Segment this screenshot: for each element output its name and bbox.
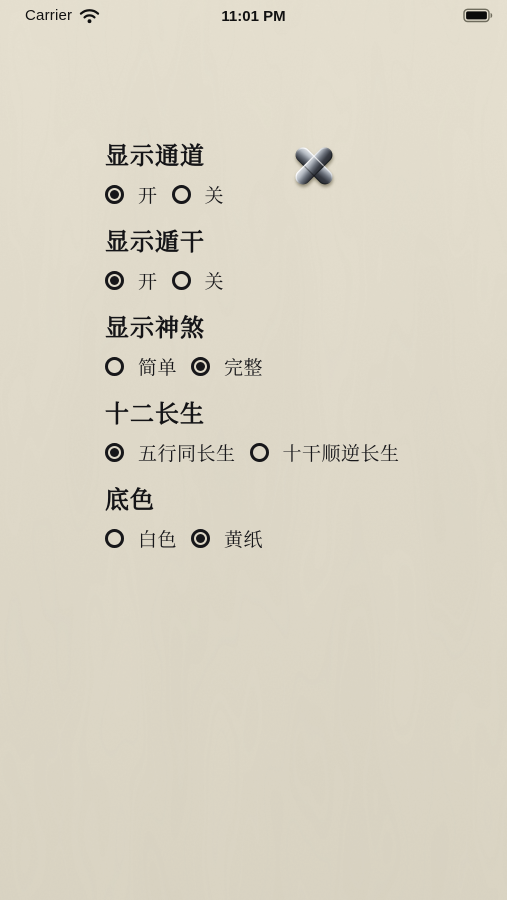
radio-label: 简单 — [138, 353, 177, 380]
radio-option-channel-off[interactable]: 关 — [172, 181, 225, 208]
section-display-hidden-stems: 显示遁干 开 关 — [105, 229, 475, 290]
radio-group-twelve-changsheng: 五行同长生 十干顺逆长生 — [105, 442, 475, 462]
radio-label: 十干顺逆长生 — [283, 439, 400, 466]
radio-label: 开 — [138, 181, 158, 208]
radio-option-channel-on[interactable]: 开 — [105, 181, 158, 208]
radio-circle-icon — [172, 271, 191, 290]
radio-circle-icon — [191, 529, 210, 548]
radio-group-shensha: 简单 完整 — [105, 356, 475, 376]
radio-label: 开 — [138, 267, 158, 294]
radio-option-ten-stems-forward-reverse[interactable]: 十干顺逆长生 — [250, 439, 400, 466]
status-bar: Carrier 11:01 PM — [0, 0, 507, 32]
radio-circle-icon — [105, 185, 124, 204]
radio-option-bg-yellow-paper[interactable]: 黄纸 — [191, 525, 263, 552]
battery-icon — [463, 8, 494, 23]
section-title: 底色 — [105, 487, 475, 515]
section-display-shensha: 显示神煞 简单 完整 — [105, 315, 475, 376]
section-title: 显示遁干 — [105, 229, 475, 257]
radio-label: 黄纸 — [224, 525, 263, 552]
radio-option-shensha-complete[interactable]: 完整 — [191, 353, 263, 380]
radio-label: 关 — [205, 181, 225, 208]
radio-label: 五行同长生 — [138, 439, 236, 466]
radio-circle-icon — [105, 357, 124, 376]
radio-option-hidden-stems-off[interactable]: 关 — [172, 267, 225, 294]
radio-group-display-channel: 开 关 — [105, 184, 475, 204]
radio-group-hidden-stems: 开 关 — [105, 270, 475, 290]
radio-label: 关 — [205, 267, 225, 294]
radio-label: 白色 — [138, 525, 177, 552]
radio-circle-icon — [172, 185, 191, 204]
radio-option-shensha-simple[interactable]: 简单 — [105, 353, 177, 380]
section-title: 十二长生 — [105, 401, 475, 429]
section-twelve-changsheng: 十二长生 五行同长生 十干顺逆长生 — [105, 401, 475, 462]
settings-screen: { "status_bar": { "carrier": "Carrier", … — [0, 0, 507, 900]
radio-option-bg-white[interactable]: 白色 — [105, 525, 177, 552]
radio-circle-icon — [105, 271, 124, 290]
radio-circle-icon — [105, 529, 124, 548]
radio-circle-icon — [250, 443, 269, 462]
radio-group-background-color: 白色 黄纸 — [105, 528, 475, 548]
settings-panel: 显示通道 开 关 显示遁干 开 关 显示神煞 — [105, 143, 475, 573]
section-title: 显示通道 — [105, 143, 475, 171]
time-label: 11:01 PM — [0, 8, 507, 25]
radio-option-five-elements-same[interactable]: 五行同长生 — [105, 439, 236, 466]
section-title: 显示神煞 — [105, 315, 475, 343]
radio-label: 完整 — [224, 353, 263, 380]
section-display-channel: 显示通道 开 关 — [105, 143, 475, 204]
section-background-color: 底色 白色 黄纸 — [105, 487, 475, 548]
radio-circle-icon — [105, 443, 124, 462]
radio-circle-icon — [191, 357, 210, 376]
radio-option-hidden-stems-on[interactable]: 开 — [105, 267, 158, 294]
